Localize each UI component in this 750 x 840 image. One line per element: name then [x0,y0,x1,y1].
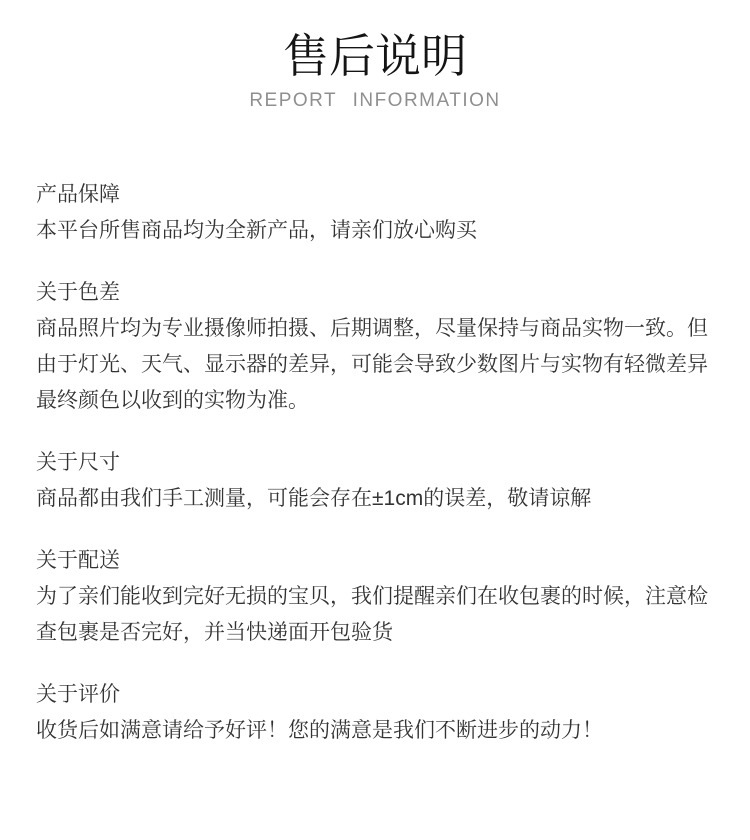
section-body-line: 由于灯光、天气、显示器的差异，可能会导致少数图片与实物有轻微差异 [36,347,714,383]
section-heading: 关于色差 [36,275,714,311]
section-body-line: 本平台所售商品均为全新产品，请亲们放心购买 [36,213,714,249]
info-sections: 产品保障 本平台所售商品均为全新产品，请亲们放心购买 关于色差 商品照片均为专业… [0,177,750,749]
section-heading: 产品保障 [36,177,714,213]
section-body-line: 为了亲们能收到完好无损的宝贝，我们提醒亲们在收包裹的时候，注意检 [36,579,714,615]
section-body-line: 查包裹是否完好，并当快递面开包验货 [36,615,714,651]
page-header: 售后说明 REPORT INFORMATION [0,0,750,113]
section-heading: 关于评价 [36,677,714,713]
section-product-guarantee: 产品保障 本平台所售商品均为全新产品，请亲们放心购买 [36,177,714,249]
page-title: 售后说明 [0,30,750,82]
page-subtitle: REPORT INFORMATION [0,89,750,113]
after-sales-info-page: 售后说明 REPORT INFORMATION 产品保障 本平台所售商品均为全新… [0,0,750,840]
section-review: 关于评价 收货后如满意请给予好评！您的满意是我们不断进步的动力！ [36,677,714,749]
section-body-line: 商品照片均为专业摄像师拍摄、后期调整，尽量保持与商品实物一致。但 [36,311,714,347]
section-color-difference: 关于色差 商品照片均为专业摄像师拍摄、后期调整，尽量保持与商品实物一致。但 由于… [36,275,714,419]
section-delivery: 关于配送 为了亲们能收到完好无损的宝贝，我们提醒亲们在收包裹的时候，注意检 查包… [36,543,714,651]
section-heading: 关于尺寸 [36,445,714,481]
section-size: 关于尺寸 商品都由我们手工测量，可能会存在±1cm的误差，敬请谅解 [36,445,714,517]
section-body-line: 最终颜色以收到的实物为准。 [36,383,714,419]
section-body-line: 商品都由我们手工测量，可能会存在±1cm的误差，敬请谅解 [36,481,714,517]
section-heading: 关于配送 [36,543,714,579]
section-body-line: 收货后如满意请给予好评！您的满意是我们不断进步的动力！ [36,713,714,749]
